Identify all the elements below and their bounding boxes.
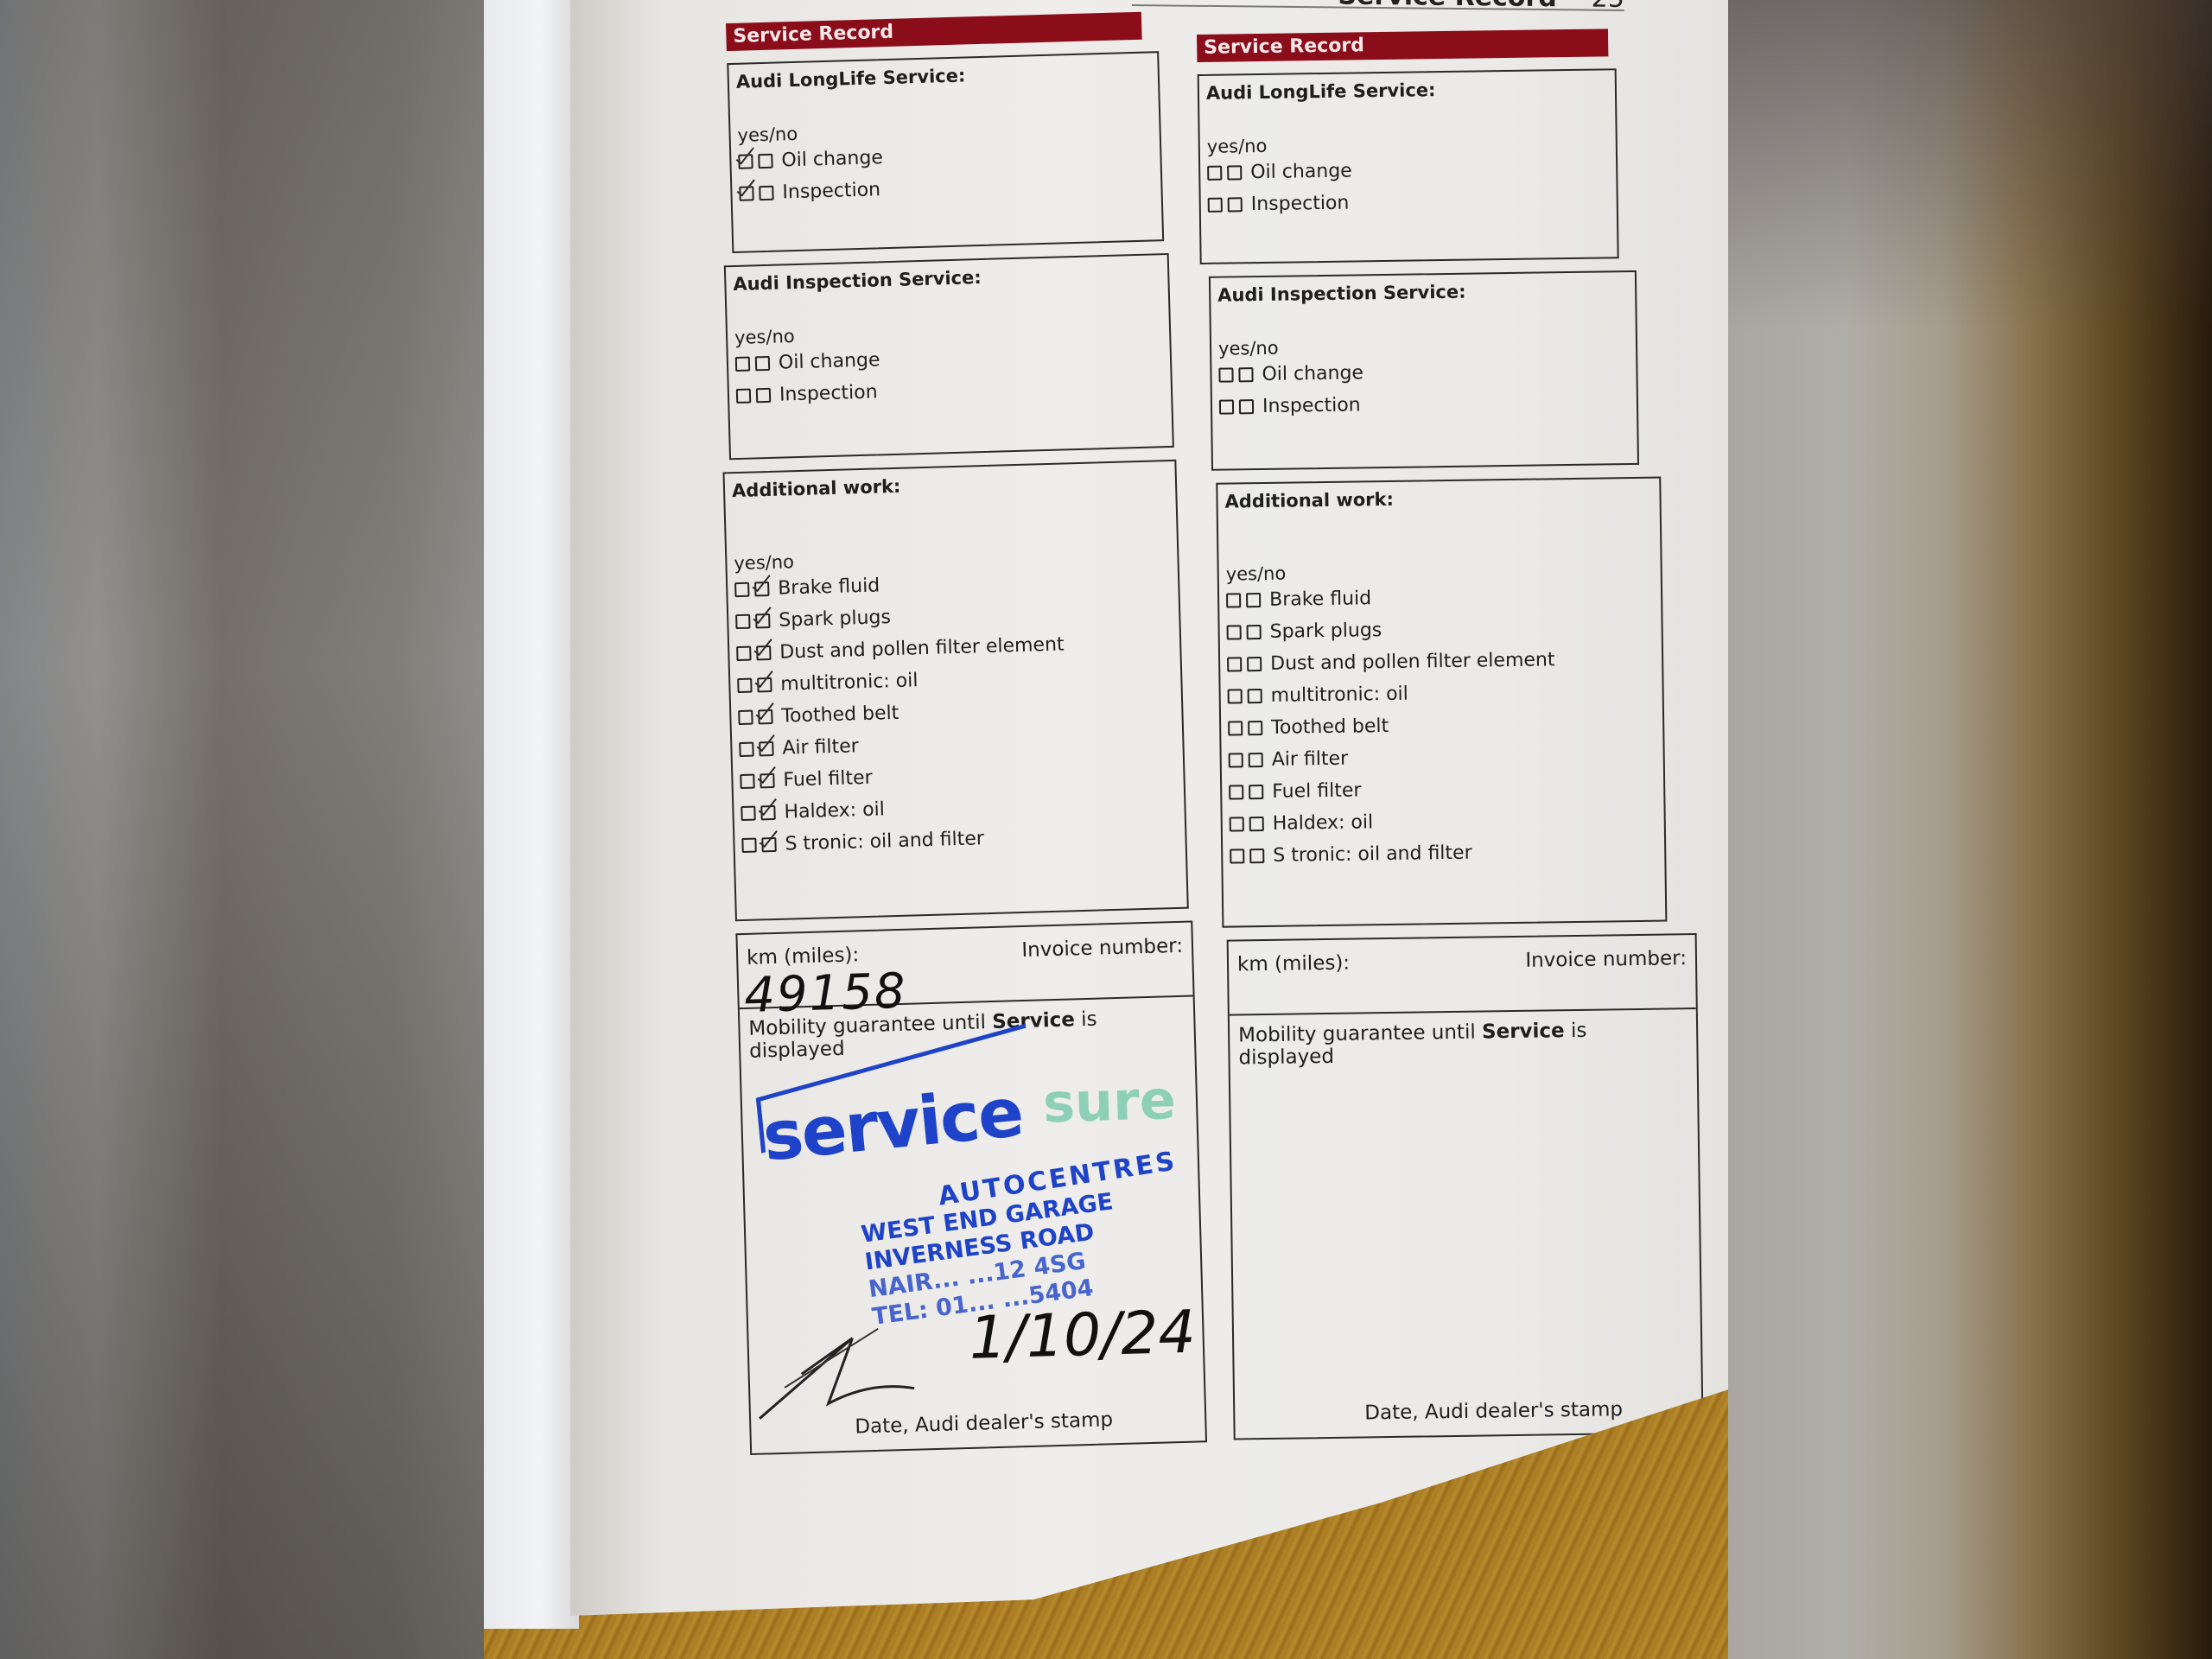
checklist-item-label: Toothed belt — [1271, 715, 1389, 739]
checklist-item-label: multitronic: oil — [1271, 683, 1408, 707]
checklist-item-label: Spark plugs — [1269, 620, 1382, 643]
longlife-service-section: Audi LongLife Service: yes/no Oil change… — [1198, 68, 1619, 264]
section-title: Additional work: — [1224, 486, 1652, 512]
yes-checkbox[interactable] — [1227, 657, 1242, 671]
mileage-stamp-section: km (miles): Invoice number: Mobility gua… — [1227, 933, 1704, 1440]
yes-checkbox[interactable] — [738, 154, 753, 168]
invoice-label: Invoice number: — [1525, 947, 1688, 1010]
service-record-form-right: Service Record Audi LongLife Service: ye… — [1197, 29, 1662, 1440]
no-checkbox[interactable] — [1247, 625, 1262, 639]
checklist-item-label: Air filter — [782, 735, 859, 759]
yes-checkbox[interactable] — [1230, 817, 1244, 831]
yes-checkbox[interactable] — [1226, 593, 1241, 607]
yes-checkbox[interactable] — [741, 838, 756, 853]
mobility-bold: Service — [1482, 1020, 1565, 1043]
yes-checkbox[interactable] — [741, 806, 755, 821]
section-title: Audi LongLife Service: — [1206, 77, 1608, 103]
yes-checkbox[interactable] — [1230, 849, 1244, 863]
no-checkbox[interactable] — [1248, 689, 1262, 703]
no-checkbox[interactable] — [759, 186, 773, 200]
yes-checkbox[interactable] — [1229, 785, 1243, 799]
no-checkbox[interactable] — [755, 356, 770, 371]
no-checkbox[interactable] — [1249, 849, 1264, 863]
service-record-page: Service Record25 Service Record Audi Lon… — [570, 0, 1728, 1616]
invoice-label: Invoice number: — [1021, 935, 1185, 1000]
checklist-item-label: Inspection — [779, 381, 878, 405]
yes-checkbox[interactable] — [1207, 166, 1222, 181]
section-title: Audi LongLife Service: — [736, 60, 1151, 92]
section-title: Additional work: — [732, 468, 1168, 501]
yes-checkbox[interactable] — [1218, 367, 1233, 382]
checklist-item-label: Oil change — [1262, 362, 1363, 385]
yes-checkbox[interactable] — [737, 678, 752, 693]
mobility-guarantee-text: Mobility guarantee until Service is disp… — [1230, 1009, 1697, 1078]
yes-checkbox[interactable] — [1227, 625, 1242, 639]
yes-checkbox[interactable] — [1208, 198, 1223, 213]
yes-checkbox[interactable] — [739, 742, 753, 757]
checklist-item-label: Fuel filter — [1272, 779, 1362, 802]
no-checkbox[interactable] — [754, 582, 769, 596]
checklist-item-label: Oil change — [1250, 161, 1352, 184]
dealer-stamp: service sure AUTOCENTRES WEST END GARAGE… — [757, 1052, 1213, 1323]
checklist-item: Inspection — [1219, 385, 1630, 423]
yes-checkbox[interactable] — [740, 774, 754, 789]
checklist-item-label: Haldex: oil — [1273, 811, 1374, 835]
checklist-item: S tronic: oil and filter — [1230, 835, 1657, 873]
running-head: Service Record25 — [1132, 0, 1624, 11]
no-checkbox[interactable] — [1247, 657, 1262, 671]
yes-checkbox[interactable] — [1229, 753, 1243, 767]
no-checkbox[interactable] — [761, 837, 776, 852]
section-title: Audi Inspection Service: — [733, 262, 1160, 295]
checklist-item-label: Toothed belt — [781, 702, 899, 728]
yes-checkbox[interactable] — [738, 710, 753, 725]
no-checkbox[interactable] — [756, 388, 771, 403]
checklist-item-label: Inspection — [1262, 394, 1361, 417]
checklist-item-label: Dust and pollen filter element — [1270, 649, 1555, 675]
no-checkbox[interactable] — [1249, 753, 1263, 767]
no-checkbox[interactable] — [1238, 367, 1253, 382]
checklist-item-label: Brake fluid — [1269, 588, 1371, 611]
checklist-item-label: Oil change — [781, 147, 883, 171]
inspection-service-section: Audi Inspection Service: yes/no Oil chan… — [724, 253, 1174, 460]
yes-checkbox[interactable] — [735, 357, 750, 372]
mileage-invoice-row: km (miles): Invoice number: — [1229, 935, 1696, 1016]
inspection-service-section: Audi Inspection Service: yes/no Oil chan… — [1209, 270, 1639, 471]
mileage-stamp-section: km (miles): Invoice number: 49158 Mobili… — [735, 920, 1207, 1455]
no-checkbox[interactable] — [760, 773, 774, 788]
blurred-background-left — [0, 0, 493, 1659]
mileage-invoice-row: km (miles): Invoice number: 49158 — [737, 923, 1192, 1010]
additional-work-section: Additional work: yes/no Brake fluidSpark… — [1216, 477, 1667, 928]
checklist-item: Inspection — [1207, 183, 1609, 220]
no-checkbox[interactable] — [757, 677, 772, 692]
no-checkbox[interactable] — [1227, 165, 1242, 180]
yes-checkbox[interactable] — [1228, 721, 1243, 735]
checklist-item-label: Air filter — [1272, 748, 1349, 771]
no-checkbox[interactable] — [1249, 817, 1264, 831]
service-record-form-left: Service Record Audi LongLife Service: ye… — [700, 10, 1224, 1455]
no-checkbox[interactable] — [1239, 399, 1254, 414]
no-checkbox[interactable] — [1249, 785, 1263, 799]
no-checkbox[interactable] — [1246, 593, 1261, 607]
yes-checkbox[interactable] — [1219, 399, 1234, 414]
mobility-prefix: Mobility guarantee until — [1238, 1021, 1482, 1047]
yes-checkbox[interactable] — [736, 389, 751, 404]
km-label: km (miles): — [1237, 952, 1351, 1014]
checklist-item-label: Fuel filter — [783, 767, 873, 791]
checklist-item-label: Inspection — [1251, 193, 1350, 216]
date-stamp-label: Date, Audi dealer's stamp — [1364, 1398, 1623, 1424]
form-header: Service Record — [726, 12, 1142, 51]
section-title: Audi Inspection Service: — [1217, 279, 1628, 306]
no-checkbox[interactable] — [756, 645, 771, 660]
facing-page-edge — [484, 0, 579, 1629]
checklist-item-label: S tronic: oil and filter — [1273, 842, 1472, 867]
signature-icon — [748, 1318, 976, 1427]
checklist-item-label: Spark plugs — [779, 607, 891, 632]
no-checkbox[interactable] — [758, 154, 772, 168]
yes-checkbox[interactable] — [735, 614, 750, 629]
yes-checkbox[interactable] — [1228, 689, 1243, 703]
yes-checkbox[interactable] — [736, 646, 751, 661]
service-date-handwritten: 1/10/24 — [968, 1299, 1196, 1373]
stamp-brand-suffix: sure — [1042, 1068, 1177, 1135]
checklist-item-label: S tronic: oil and filter — [785, 828, 984, 855]
form-header: Service Record — [1197, 29, 1608, 62]
checklist-item-label: Brake fluid — [778, 575, 880, 599]
yes-checkbox[interactable] — [734, 582, 749, 597]
checklist-item-label: Inspection — [782, 179, 880, 203]
no-checkbox[interactable] — [759, 741, 773, 756]
blurred-background-right — [1724, 0, 2212, 1659]
running-head-title: Service Record — [1338, 0, 1557, 13]
longlife-service-section: Audi LongLife Service: yes/no Oil change… — [727, 51, 1164, 253]
checklist-item-label: Oil change — [779, 349, 880, 373]
no-checkbox[interactable] — [758, 709, 772, 724]
no-checkbox[interactable] — [1248, 721, 1262, 735]
checklist-item-label: Haldex: oil — [784, 798, 885, 823]
service-book-photo: Service Record25 Service Record Audi Lon… — [484, 0, 1728, 1659]
km-value-handwritten[interactable]: 49158 — [744, 963, 908, 1024]
yes-checkbox[interactable] — [739, 186, 753, 200]
page-number: 25 — [1592, 0, 1625, 14]
no-checkbox[interactable] — [1228, 197, 1243, 212]
checklist-item-label: multitronic: oil — [780, 670, 918, 695]
no-checkbox[interactable] — [760, 805, 775, 820]
checklist-item-label: Dust and pollen filter element — [779, 634, 1065, 664]
no-checkbox[interactable] — [755, 613, 770, 628]
additional-work-section: Additional work: yes/no Brake fluidSpark… — [722, 460, 1188, 921]
